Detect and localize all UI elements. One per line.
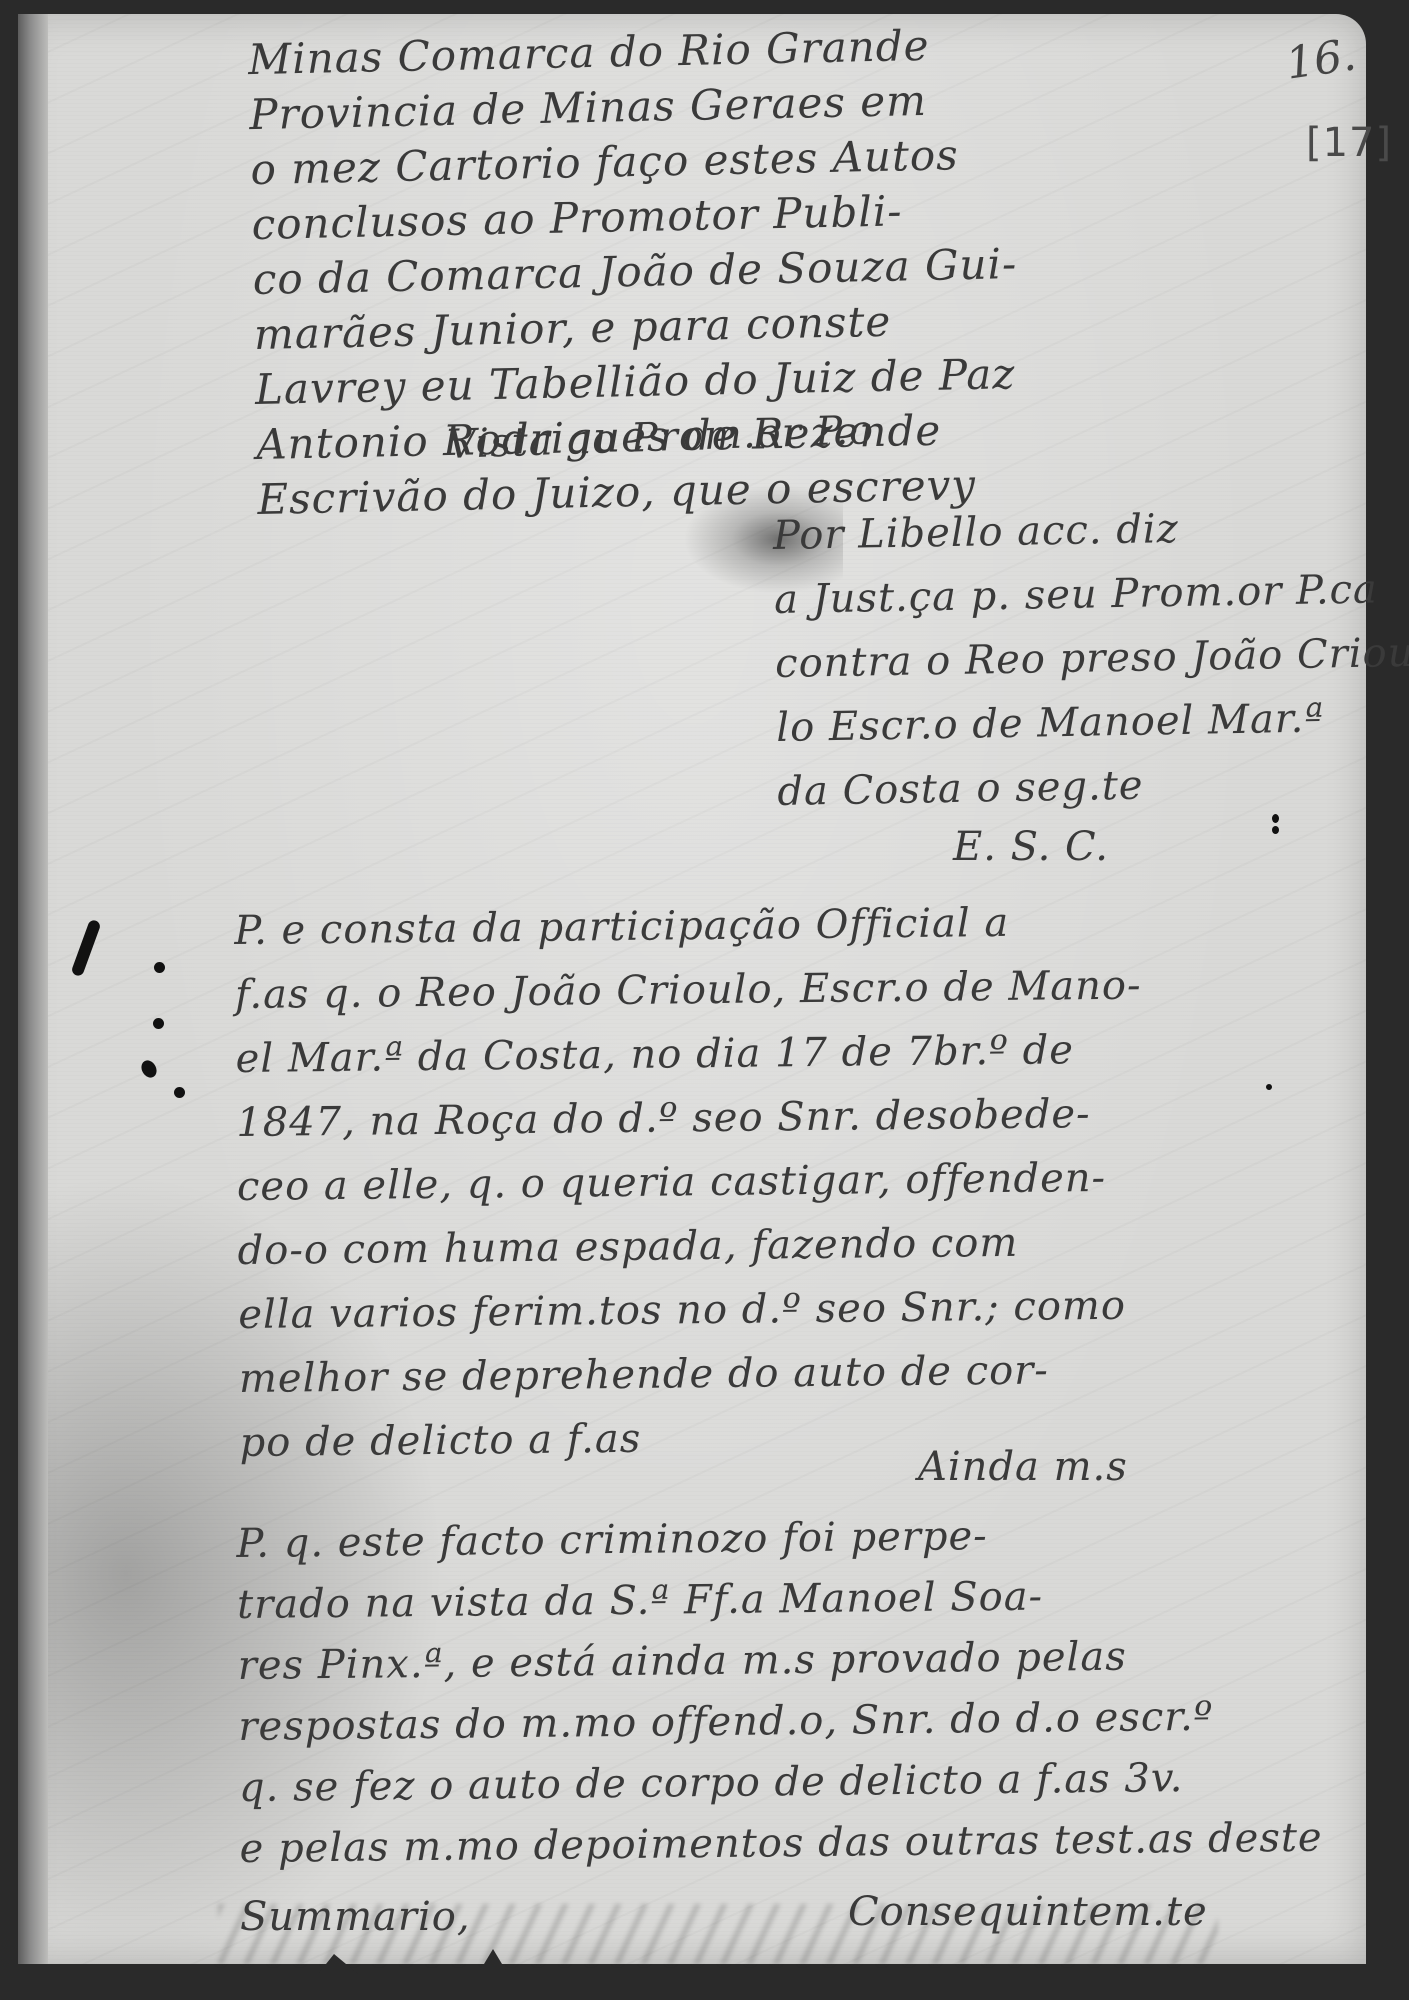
text-line: do-o com huma espada, fazendo com — [237, 1210, 1144, 1283]
text-line: Por Libello acc. diz — [772, 493, 1409, 568]
text-line: P. q. este facto criminozo foi perpe- — [236, 1503, 1320, 1575]
text-line: melhor se deprehende do auto de cor- — [239, 1338, 1146, 1411]
folio-number: 16. — [1283, 29, 1359, 89]
text-line: q. se fez o auto de corpo de delicto a f… — [239, 1747, 1323, 1819]
text-line: lo Escr.o de Manoel Mar.ª — [776, 685, 1409, 760]
ink-blot — [1272, 814, 1279, 823]
ink-blot — [1272, 826, 1279, 834]
text-line: res Pinx.ª, e está ainda m.s provado pel… — [237, 1625, 1321, 1697]
ink-blot — [174, 1087, 185, 1098]
interjection: Ainda m.s — [918, 1444, 1128, 1490]
text-line: ella varios ferim.tos no d.º seo Snr.; c… — [238, 1274, 1145, 1347]
text-line: trado na vista da S.ª Ff.a Manoel Soa- — [237, 1564, 1321, 1636]
libello-closing: E. S. C. — [953, 824, 1109, 870]
ink-blot — [154, 962, 165, 973]
text-line: 1847, na Roça do d.º seo Snr. desobede- — [236, 1082, 1143, 1155]
text-line: f.as q. o Reo João Crioulo, Escr.o de Ma… — [235, 954, 1142, 1027]
text-line: contra o Reo preso João Criou- — [775, 621, 1409, 696]
closing-word: Consequintem.te — [848, 1889, 1208, 1935]
text-line: P. e consta da participação Official a — [234, 890, 1141, 963]
body-paragraph-2: P. q. este facto criminozo foi perpe- tr… — [236, 1503, 1323, 1880]
binding-edge — [18, 14, 48, 1964]
ink-blot — [1266, 1084, 1272, 1090]
archive-page-stamp: [17] — [1306, 120, 1392, 166]
text-line: respostas do m.mo offend.o, Snr. do d.o … — [238, 1686, 1322, 1758]
text-line: da Costa o seg.te — [777, 749, 1409, 824]
text-line: ceo a elle, q. o queria castigar, offend… — [237, 1146, 1144, 1219]
ink-blot — [153, 1018, 164, 1029]
final-line: Summario, — [240, 1894, 471, 1940]
text-line: a Just.ça p. seu Prom.or P.ca — [774, 557, 1409, 632]
manuscript-page: 16. [17] Minas Comarca do Rio Grande Pro… — [18, 14, 1366, 1964]
text-line: e pelas m.mo depoimentos das outras test… — [239, 1808, 1323, 1880]
libello-heading: Por Libello acc. diz a Just.ça p. seu Pr… — [772, 493, 1409, 824]
ink-blot — [138, 1058, 159, 1081]
body-paragraph-1: P. e consta da participação Official a f… — [234, 890, 1147, 1475]
ink-blot — [70, 919, 101, 978]
text-line: el Mar.ª da Costa, no dia 17 de 7br.º de — [235, 1018, 1142, 1091]
